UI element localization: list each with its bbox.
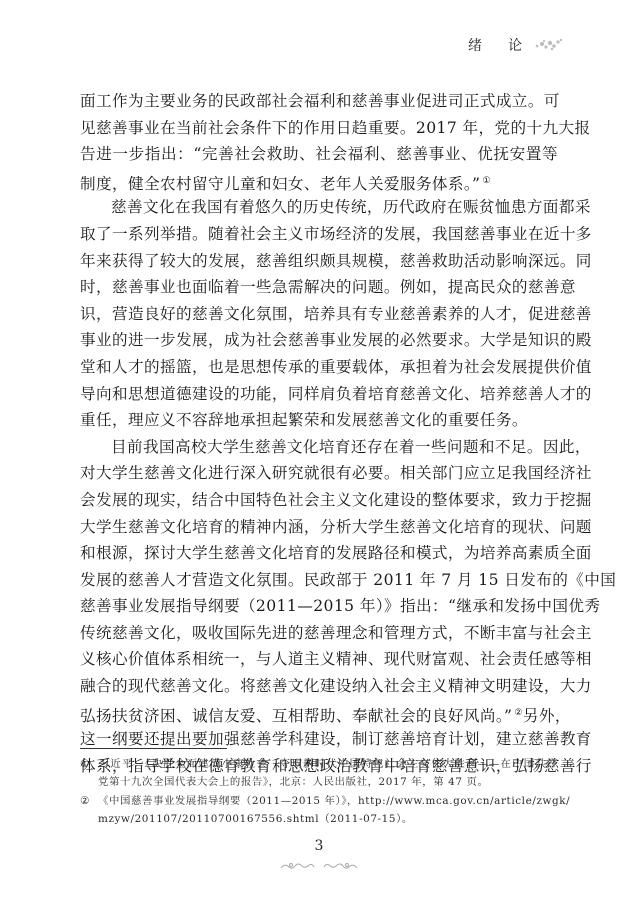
footnote-continuation: 党第十九次全国代表大会上的报告》，北京：人民出版社，2017 年，第 47 页。: [80, 773, 558, 791]
text-line-content: 导向和思想道德建设的功能，同样肩负着培育慈善文化、培养慈善人才的: [80, 385, 592, 403]
footnote-continuation: mzyw/201107/20110700167556.shtml（2011-07…: [80, 810, 558, 828]
footnote-text: 习近平：《决胜全面建成小康社会 夺取新时代中国特色社会主义伟大胜利——在中国共产: [98, 758, 558, 770]
text-line-content: 慈善事业发展指导纲要（2011—2015 年）》指出：“继承和发扬中国优秀: [80, 597, 600, 615]
text-line: 告进一步指出：“完善社会救助、社会福利、慈善事业、优抚安置等: [80, 141, 558, 168]
footnote-2: ②《中国慈善事业发展指导纲要（2011—2015 年）》，http://www.…: [80, 792, 558, 810]
text-line: 慈善文化在我国有着悠久的历史传统，历代政府在赈贫恤患方面都采: [80, 194, 558, 221]
text-line: 制度，健全农村留守儿童和妇女、老年人关爱服务体系。”①: [80, 168, 558, 195]
text-line: 取了一系列举措。随着社会主义市场经济的发展，我国慈善事业在近十多: [80, 221, 558, 248]
footnote-text: 《中国慈善事业发展指导纲要（2011—2015 年）》，http://www.m…: [98, 795, 570, 807]
text-line-content: 年来获得了较大的发展，慈善组织颇具规模，慈善救助活动影响深远。同: [80, 252, 592, 270]
text-line: 时，慈善事业也面临着一些急需解决的问题。例如，提高民众的慈善意: [80, 274, 558, 301]
running-head: 绪 论: [468, 35, 564, 55]
text-line: 堂和人才的摇篮，也是思想传承的重要载体，承担着为社会发展提供价值: [80, 354, 558, 381]
text-line-content: 堂和人才的摇篮，也是思想传承的重要载体，承担着为社会发展提供价值: [80, 358, 592, 376]
text-line-content: 对大学生慈善文化进行深入研究就很有必要。相关部门应立足我国经济社: [80, 464, 592, 482]
text-line-content: 大学生慈善文化培育的精神内涵，分析大学生慈善文化培育的现状、问题: [80, 518, 592, 536]
text-line: 和根源，探讨大学生慈善文化培育的发展路径和模式，为培养高素质全面: [80, 540, 558, 567]
text-line-content: 这一纲要还提出要加强慈善学科建设，制订慈善培育计划，建立慈善教育: [80, 730, 592, 748]
text-line: 见慈善事业在当前社会条件下的作用日趋重要。2017 年，党的十九大报: [80, 115, 558, 142]
footnote-reference[interactable]: ②: [514, 708, 522, 718]
text-line: 发展的慈善人才营造文化氛围。民政部于 2011 年 7 月 15 日发布的《中国: [80, 567, 558, 594]
text-line: 大学生慈善文化培育的精神内涵，分析大学生慈善文化培育的现状、问题: [80, 514, 558, 541]
text-line: 年来获得了较大的发展，慈善组织颇具规模，慈善救助活动影响深远。同: [80, 248, 558, 275]
text-line: 面工作为主要业务的民政部社会福利和慈善事业促进司正式成立。可: [80, 88, 558, 115]
text-line-content: 和根源，探讨大学生慈善文化培育的发展路径和模式，为培养高素质全面: [80, 544, 592, 562]
text-line-content: 面工作为主要业务的民政部社会福利和慈善事业促进司正式成立。可: [80, 92, 560, 110]
footnotes: ①习近平：《决胜全面建成小康社会 夺取新时代中国特色社会主义伟大胜利——在中国共…: [80, 755, 558, 829]
text-line-content: 见慈善事业在当前社会条件下的作用日趋重要。2017 年，党的十九大报: [80, 119, 590, 137]
text-line: 融合的现代慈善文化。将慈善文化建设纳入社会主义精神文明建设，大力: [80, 673, 558, 700]
floral-ornament-icon: [534, 37, 564, 53]
text-line: 事业的进一步发展，成为社会慈善事业发展的必然要求。大学是知识的殿: [80, 327, 558, 354]
text-line: 弘扬扶贫济困、诚信友爱、互相帮助、奉献社会的良好风尚。”②另外，: [80, 700, 558, 727]
text-line: 会发展的现实，结合中国特色社会主义文化建设的整体要求，致力于挖掘: [80, 487, 558, 514]
text-line: 识，营造良好的慈善文化氛围，培养具有专业慈善素养的人才，促进慈善: [80, 301, 558, 328]
running-head-char-2: 论: [508, 35, 522, 55]
text-line-content: 传统慈善文化，吸收国际先进的慈善理念和管理方式，不断丰富与社会主: [80, 624, 592, 642]
text-line-content: 识，营造良好的慈善文化氛围，培养具有专业慈善素养的人才，促进慈善: [80, 305, 592, 323]
text-line-content: 慈善文化在我国有着悠久的历史传统，历代政府在赈贫恤患方面都采: [111, 198, 591, 216]
text-line-content: 重任，理应义不容辞地承担起繁荣和发展慈善文化的重要任务。: [80, 411, 528, 429]
page-ornament-icon: [279, 858, 359, 870]
page-number: 3: [0, 838, 638, 854]
text-line-content: 弘扬扶贫济困、诚信友爱、互相帮助、奉献社会的良好风尚。”: [80, 707, 512, 725]
footnote-divider: [80, 748, 227, 749]
text-line-content: 时，慈善事业也面临着一些急需解决的问题。例如，提高民众的慈善意: [80, 278, 576, 296]
body-text: 面工作为主要业务的民政部社会福利和慈善事业促进司正式成立。可见慈善事业在当前社会…: [80, 88, 558, 779]
text-line: 导向和思想道德建设的功能，同样肩负着培育慈善文化、培养慈善人才的: [80, 381, 558, 408]
running-head-char-1: 绪: [468, 35, 482, 55]
footnote-1: ①习近平：《决胜全面建成小康社会 夺取新时代中国特色社会主义伟大胜利——在中国共…: [80, 755, 558, 773]
text-line-content: 义核心价值体系相统一，与人道主义精神、现代财富观、社会责任感等相: [80, 650, 592, 668]
text-line-content: 发展的慈善人才营造文化氛围。民政部于 2011 年 7 月 15 日发布的《中国: [80, 571, 616, 589]
text-line-content: 取了一系列举措。随着社会主义市场经济的发展，我国慈善事业在近十多: [80, 225, 592, 243]
footnote-reference[interactable]: ①: [482, 176, 490, 186]
text-line: 目前我国高校大学生慈善文化培育还存在着一些问题和不足。因此，: [80, 434, 558, 461]
text-line-continuation: 另外，: [523, 707, 571, 725]
text-line: 传统慈善文化，吸收国际先进的慈善理念和管理方式，不断丰富与社会主: [80, 620, 558, 647]
footnote-mark: ①: [80, 755, 98, 773]
footnote-mark: ②: [80, 792, 98, 810]
text-line: 对大学生慈善文化进行深入研究就很有必要。相关部门应立足我国经济社: [80, 460, 558, 487]
text-line-content: 制度，健全农村留守儿童和妇女、老年人关爱服务体系。”: [80, 175, 480, 193]
text-line: 重任，理应义不容辞地承担起繁荣和发展慈善文化的重要任务。: [80, 407, 558, 434]
text-line-content: 事业的进一步发展，成为社会慈善事业发展的必然要求。大学是知识的殿: [80, 331, 592, 349]
text-line-content: 目前我国高校大学生慈善文化培育还存在着一些问题和不足。因此，: [111, 438, 591, 456]
text-line-content: 融合的现代慈善文化。将慈善文化建设纳入社会主义精神文明建设，大力: [80, 677, 592, 695]
text-line: 慈善事业发展指导纲要（2011—2015 年）》指出：“继承和发扬中国优秀: [80, 593, 558, 620]
text-line-content: 会发展的现实，结合中国特色社会主义文化建设的整体要求，致力于挖掘: [80, 491, 592, 509]
text-line: 义核心价值体系相统一，与人道主义精神、现代财富观、社会责任感等相: [80, 646, 558, 673]
text-line-content: 告进一步指出：“完善社会救助、社会福利、慈善事业、优抚安置等: [80, 145, 558, 163]
